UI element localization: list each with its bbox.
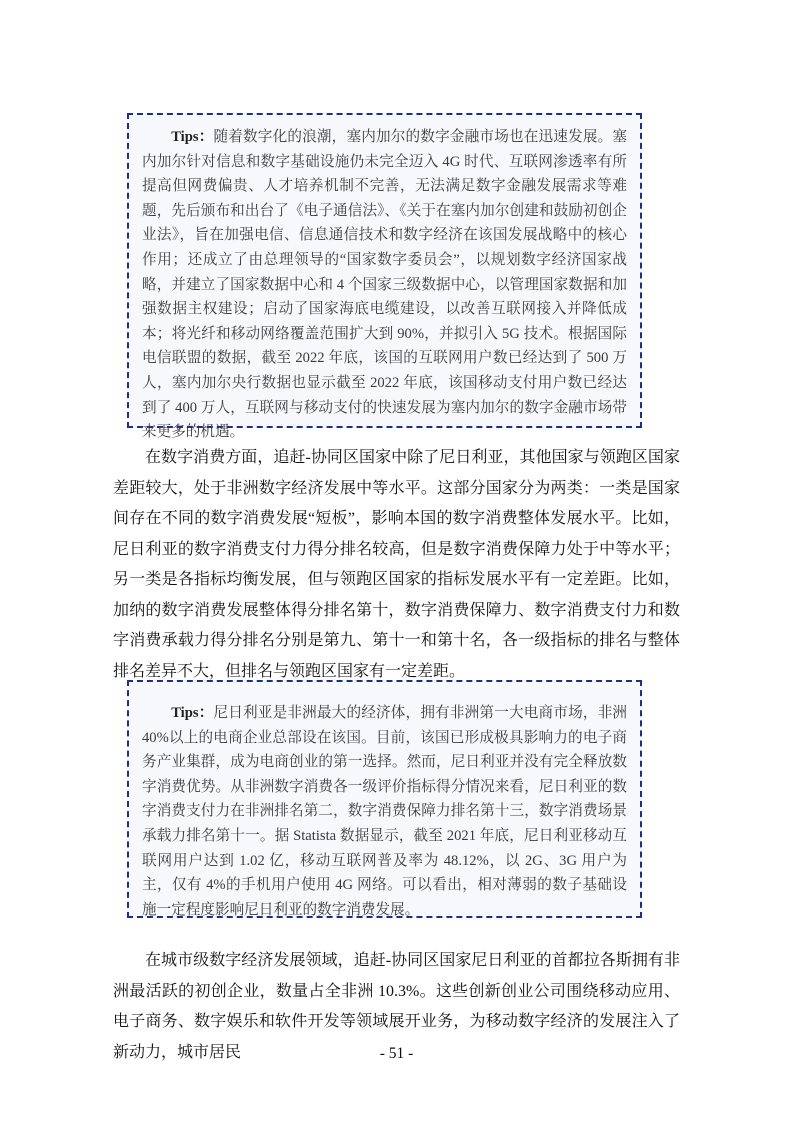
tips-label: Tips： bbox=[171, 129, 213, 145]
page-number: - 51 - bbox=[0, 1045, 793, 1063]
tips-paragraph: Tips：随着数字化的浪潮，塞内加尔的数字金融市场也在迅速发展。塞内加尔针对信息… bbox=[142, 125, 627, 445]
tips-text: 尼日利亚是非洲最大的经济体，拥有非洲第一大电商市场，非洲 40%以上的电商企业总… bbox=[142, 705, 627, 918]
tips-box-senegal: Tips：随着数字化的浪潮，塞内加尔的数字金融市场也在迅速发展。塞内加尔针对信息… bbox=[127, 113, 642, 428]
document-page: Tips：随着数字化的浪潮，塞内加尔的数字金融市场也在迅速发展。塞内加尔针对信息… bbox=[0, 0, 793, 1122]
tips-label: Tips： bbox=[171, 705, 213, 721]
body-paragraph-digital-consumption: 在数字消费方面，追赶-协同区国家中除了尼日利亚，其他国家与领跑区国家差距较大，处… bbox=[113, 443, 680, 687]
tips-text: 随着数字化的浪潮，塞内加尔的数字金融市场也在迅速发展。塞内加尔针对信息和数字基础… bbox=[142, 129, 627, 440]
tips-box-nigeria: Tips：尼日利亚是非洲最大的经济体，拥有非洲第一大电商市场，非洲 40%以上的… bbox=[127, 680, 642, 918]
tips-paragraph: Tips：尼日利亚是非洲最大的经济体，拥有非洲第一大电商市场，非洲 40%以上的… bbox=[142, 701, 627, 922]
